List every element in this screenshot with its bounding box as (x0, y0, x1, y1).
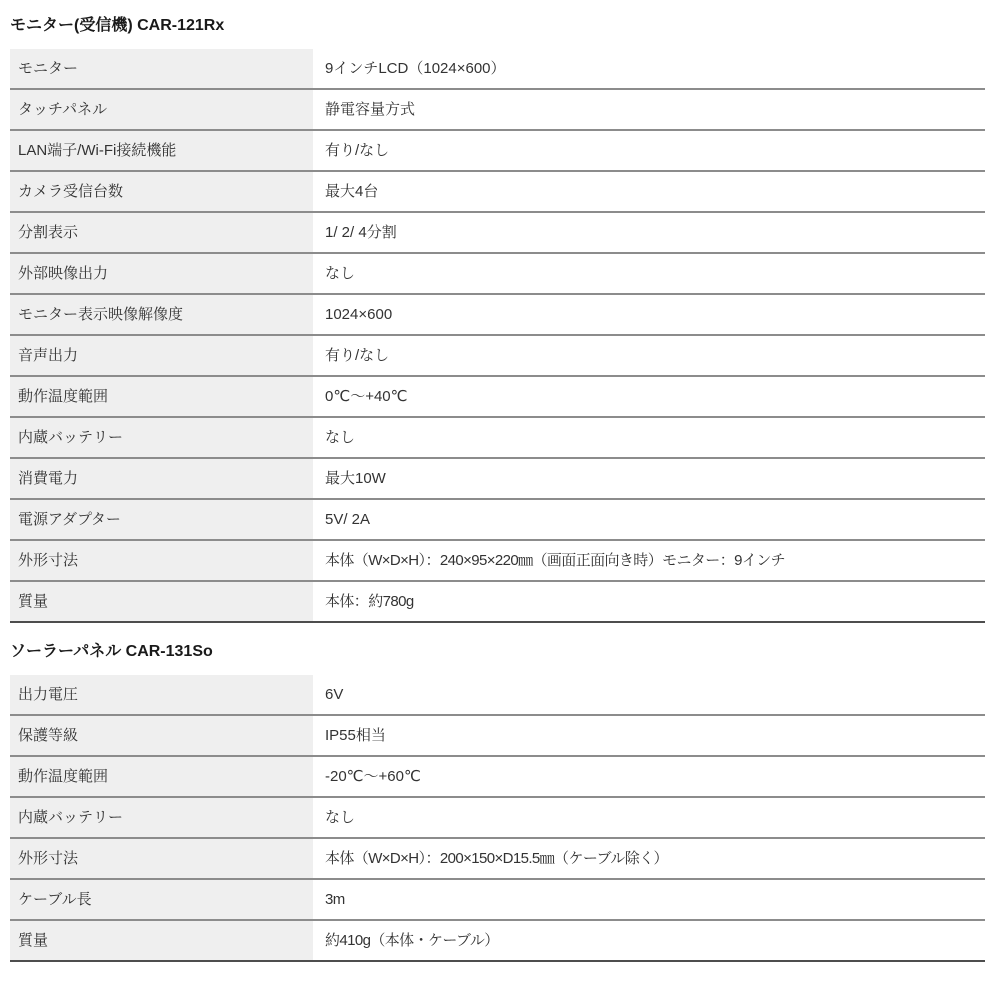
spec-label: 質量 (10, 581, 313, 622)
spec-label: 外形寸法 (10, 838, 313, 879)
spec-row: 内蔵バッテリーなし (10, 797, 985, 838)
spec-label: 電源アダプター (10, 499, 313, 540)
spec-label: モニター (10, 49, 313, 89)
spec-row: 外部映像出力なし (10, 253, 985, 294)
section-title: ソーラーパネル CAR-131So (10, 642, 985, 662)
spec-value: なし (313, 253, 985, 294)
spec-row: ケーブル長3m (10, 879, 985, 920)
spec-table: 出力電圧6V保護等級IP55相当動作温度範囲-20℃～+60℃内蔵バッテリーなし… (10, 675, 985, 962)
section-title: モニター(受信機) CAR-121Rx (10, 16, 985, 36)
spec-label: 分割表示 (10, 212, 313, 253)
spec-value: 有り/なし (313, 335, 985, 376)
spec-label: 内蔵バッテリー (10, 417, 313, 458)
spec-value: なし (313, 417, 985, 458)
spec-row: 消費電力最大10W (10, 458, 985, 499)
spec-row: LAN端子/Wi-Fi接続機能有り/なし (10, 130, 985, 171)
spec-label: 音声出力 (10, 335, 313, 376)
spec-value: 6V (313, 675, 985, 715)
spec-value: 本体：約780g (313, 581, 985, 622)
spec-label: ケーブル長 (10, 879, 313, 920)
spec-value: 本体（W×D×H）：200×150×D15.5㎜（ケーブル除く） (313, 838, 985, 879)
spec-row: 質量本体：約780g (10, 581, 985, 622)
spec-row: 内蔵バッテリーなし (10, 417, 985, 458)
spec-row: モニター9インチLCD（1024×600） (10, 49, 985, 89)
spec-row: 外形寸法本体（W×D×H）：200×150×D15.5㎜（ケーブル除く） (10, 838, 985, 879)
spec-label: 消費電力 (10, 458, 313, 499)
spec-label: タッチパネル (10, 89, 313, 130)
spec-value: なし (313, 797, 985, 838)
spec-value: 3m (313, 879, 985, 920)
spec-table: モニター9インチLCD（1024×600）タッチパネル静電容量方式LAN端子/W… (10, 49, 985, 623)
spec-row: 音声出力有り/なし (10, 335, 985, 376)
spec-row: 分割表示1/ 2/ 4分割 (10, 212, 985, 253)
spec-label: 内蔵バッテリー (10, 797, 313, 838)
spec-row: モニター表示映像解像度1024×600 (10, 294, 985, 335)
spec-label: LAN端子/Wi-Fi接続機能 (10, 130, 313, 171)
spec-sections: モニター(受信機) CAR-121Rxモニター9インチLCD（1024×600）… (0, 0, 1000, 962)
spec-page: モニター(受信機) CAR-121Rxモニター9インチLCD（1024×600）… (0, 0, 1000, 1000)
spec-row: 質量約410g（本体・ケーブル） (10, 920, 985, 961)
spec-label: 動作温度範囲 (10, 376, 313, 417)
spec-label: 保護等級 (10, 715, 313, 756)
spec-label: 外部映像出力 (10, 253, 313, 294)
spec-row: 動作温度範囲-20℃～+60℃ (10, 756, 985, 797)
spec-value: 最大4台 (313, 171, 985, 212)
spec-value: 9インチLCD（1024×600） (313, 49, 985, 89)
spec-row: 外形寸法本体（W×D×H）：240×95×220㎜（画面正面向き時）モニター：9… (10, 540, 985, 581)
spec-value: 5V/ 2A (313, 499, 985, 540)
spec-value: 0℃～+40℃ (313, 376, 985, 417)
spec-value: 約410g（本体・ケーブル） (313, 920, 985, 961)
spec-value: 有り/なし (313, 130, 985, 171)
spec-value: 本体（W×D×H）：240×95×220㎜（画面正面向き時）モニター：9インチ (313, 540, 985, 581)
spec-row: 出力電圧6V (10, 675, 985, 715)
spec-value: 1024×600 (313, 294, 985, 335)
spec-row: カメラ受信台数最大4台 (10, 171, 985, 212)
spec-value: 1/ 2/ 4分割 (313, 212, 985, 253)
spec-row: 電源アダプター5V/ 2A (10, 499, 985, 540)
spec-row: 動作温度範囲0℃～+40℃ (10, 376, 985, 417)
spec-label: 質量 (10, 920, 313, 961)
spec-row: 保護等級IP55相当 (10, 715, 985, 756)
spec-label: 外形寸法 (10, 540, 313, 581)
spec-value: 静電容量方式 (313, 89, 985, 130)
spec-label: モニター表示映像解像度 (10, 294, 313, 335)
spec-label: 動作温度範囲 (10, 756, 313, 797)
spec-label: 出力電圧 (10, 675, 313, 715)
spec-value: IP55相当 (313, 715, 985, 756)
spec-value: -20℃～+60℃ (313, 756, 985, 797)
spec-label: カメラ受信台数 (10, 171, 313, 212)
spec-row: タッチパネル静電容量方式 (10, 89, 985, 130)
spec-value: 最大10W (313, 458, 985, 499)
